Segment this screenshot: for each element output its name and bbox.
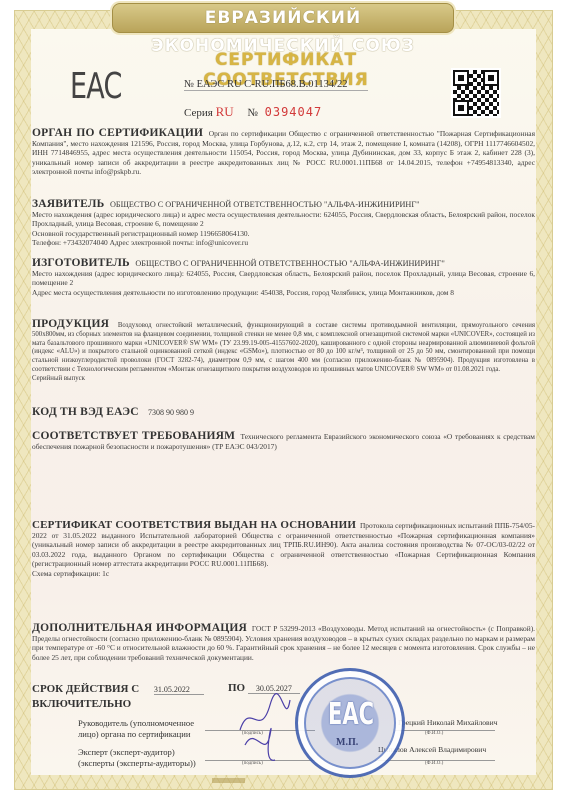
applicant-heading: ЗАЯВИТЕЛЬ <box>32 198 104 210</box>
series-label: Серия <box>184 107 213 119</box>
expert-signatory-label: Эксперт (эксперт-аудитор) (эксперты (экс… <box>78 747 196 769</box>
signature-icon <box>230 690 300 770</box>
validity-from-heading: СРОК ДЕЙСТВИЯ С <box>32 683 139 695</box>
qr-finder <box>453 70 469 86</box>
manufacturer-address: Место нахождения (адрес юридического лиц… <box>32 269 535 288</box>
manufacturer-section: ИЗГОТОВИТЕЛЬ ОБЩЕСТВО С ОГРАНИЧЕННОЙ ОТВ… <box>32 259 535 297</box>
basis-section: СЕРТИФИКАТ СООТВЕТСТВИЯ ВЫДАН НА ОСНОВАН… <box>32 521 535 579</box>
manufacturer-name: ОБЩЕСТВО С ОГРАНИЧЕННОЙ ОТВЕТСТВЕННОСТЬЮ… <box>135 259 444 268</box>
conformity-section: СООТВЕТСТВУЕТ ТРЕБОВАНИЯМ Технического р… <box>32 432 535 451</box>
tn-ved-heading: КОД ТН ВЭД ЕАЭС <box>32 406 139 418</box>
union-banner: ЕВРАЗИЙСКИЙ ЭКОНОМИЧЕСКИЙ СОЮЗ <box>112 3 454 33</box>
series-value: RU <box>216 104 234 119</box>
product-heading: ПРОДУКЦИЯ <box>32 318 109 330</box>
applicant-address: Место нахождения (адрес юридического лиц… <box>32 210 535 229</box>
applicant-section: ЗАЯВИТЕЛЬ ОБЩЕСТВО С ОГРАНИЧЕННОЙ ОТВЕТС… <box>32 200 535 248</box>
expert-label-line-2: (эксперты (эксперты-аудиторы)) <box>78 758 196 769</box>
head-fio-caption: (Ф.И.О.) <box>425 731 443 736</box>
manufacturer-production-address: Адрес места осуществления деятельности п… <box>32 288 535 298</box>
head-name: Грецкий Николай Михайлович <box>398 718 498 727</box>
product-section: ПРОДУКЦИЯ Воздуховод огнестойкий металли… <box>32 320 535 384</box>
tn-ved-section: КОД ТН ВЭД ЕАЭС 7308 90 980 9 <box>32 408 535 418</box>
series-row: Серия RU № 0394047 <box>184 104 322 120</box>
validity-from: СРОК ДЕЙСТВИЯ С 31.05.2022 ВКЛЮЧИТЕЛЬНО <box>32 682 204 712</box>
seal-stamp-icon: EAC М.П. <box>295 668 405 778</box>
certification-body-section: ОРГАН ПО СЕРТИФИКАЦИИ Орган по сертифика… <box>32 129 535 177</box>
head-label-line-2: лицо) органа по сертификации <box>78 729 194 740</box>
head-fio-line <box>395 730 495 731</box>
additional-info-heading: ДОПОЛНИТЕЛЬНАЯ ИНФОРМАЦИЯ <box>32 622 247 634</box>
applicant-ogrn: Основной государственный регистрационный… <box>32 229 535 239</box>
form-number: 0394047 <box>265 105 323 119</box>
conformity-heading: СООТВЕТСТВУЕТ ТРЕБОВАНИЯМ <box>32 430 235 442</box>
number-label: № <box>247 107 258 119</box>
manufacturer-heading: ИЗГОТОВИТЕЛЬ <box>32 257 130 269</box>
head-label-line-1: Руководитель (уполномоченное <box>78 718 194 729</box>
certification-body-heading: ОРГАН ПО СЕРТИФИКАЦИИ <box>32 127 203 139</box>
form-serial-strip <box>212 778 245 783</box>
validity-inclusive: ВКЛЮЧИТЕЛЬНО <box>32 698 131 710</box>
qr-finder <box>453 100 469 116</box>
qr-code-icon[interactable] <box>451 68 501 118</box>
head-signatory-label: Руководитель (уполномоченное лицо) орган… <box>78 718 194 740</box>
certificate-number: № ЕАЭС RU C-RU.ПБ68.В.01134/22 <box>184 79 368 91</box>
stamp-mp: М.П. <box>336 737 358 748</box>
validity-from-date: 31.05.2022 <box>154 685 204 695</box>
qr-finder <box>483 70 499 86</box>
tn-ved-code: 7308 90 980 9 <box>148 408 194 417</box>
expert-fio-caption: (Ф.И.О.) <box>425 761 443 766</box>
basis-heading: СЕРТИФИКАТ СООТВЕТСТВИЯ ВЫДАН НА ОСНОВАН… <box>32 519 356 531</box>
certification-scheme: Схема сертификации: 1с <box>32 569 535 579</box>
expert-label-line-1: Эксперт (эксперт-аудитор) <box>78 747 196 758</box>
stamp-eac-logo: EAC <box>328 697 374 732</box>
applicant-contacts: Телефон: +73432074040 Адрес электронной … <box>32 238 535 248</box>
additional-info-section: ДОПОЛНИТЕЛЬНАЯ ИНФОРМАЦИЯ ГОСТ Р 53299-2… <box>32 624 535 662</box>
product-release-type: Серийный выпуск <box>32 375 535 384</box>
applicant-name: ОБЩЕСТВО С ОГРАНИЧЕННОЙ ОТВЕТСТВЕННОСТЬЮ… <box>110 200 419 209</box>
eac-logo-icon: EAC <box>70 66 122 107</box>
